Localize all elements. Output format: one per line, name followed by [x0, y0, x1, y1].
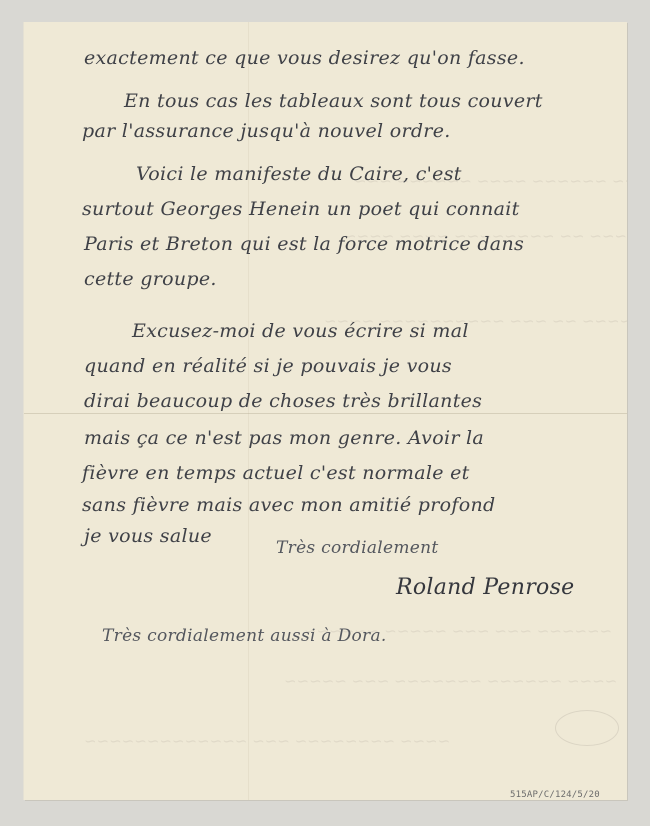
- letter-line: sans fièvre mais avec mon amitié profond: [82, 496, 495, 515]
- letter-page: ~~~ ~~~~~~ ~~~~ ~~~~~~ ~~~ ~~~~~ ~~ ~~~~…: [24, 22, 627, 800]
- letter-line: En tous cas les tableaux sont tous couve…: [124, 92, 543, 111]
- letter-line: cette groupe.: [84, 270, 217, 289]
- letter-line: Excusez-moi de vous écrire si mal: [132, 322, 469, 341]
- letter-line: dirai beaucoup de choses très brillantes: [84, 392, 482, 411]
- letter-line: mais ça ce n'est pas mon genre. Avoir la: [84, 429, 484, 448]
- letter-line: quand en réalité si je pouvais je vous: [84, 357, 452, 376]
- closing: Très cordialement: [276, 540, 439, 557]
- letter-line: je vous salue: [84, 527, 212, 546]
- letter-line: exactement ce que vous desirez qu'on fas…: [84, 49, 525, 68]
- bleed-through-text: ~~~~ ~~~~~~ ~~~~~~~ ~~~ ~~~~~: [284, 672, 617, 690]
- letter-line: par l'assurance jusqu'à nouvel ordre.: [82, 122, 451, 141]
- bleed-through-stamp: [555, 710, 619, 746]
- letter-line: Paris et Breton qui est la force motrice…: [84, 235, 524, 254]
- letter-line: Voici le manifeste du Caire, c'est: [136, 165, 462, 184]
- horizontal-fold-line: [24, 413, 627, 414]
- postscript: Très cordialement aussi à Dora.: [102, 628, 387, 645]
- letter-line: fièvre en temps actuel c'est normale et: [82, 464, 470, 483]
- letter-line: surtout Georges Henein un poet qui conna…: [82, 200, 520, 219]
- bleed-through-text: ~~~~ ~~~~~~~~ ~~~ ~~~~~~~~~~~~~: [84, 732, 450, 750]
- archive-reference: 515AP/C/124/5/20: [510, 790, 600, 800]
- signature: Roland Penrose: [396, 577, 574, 599]
